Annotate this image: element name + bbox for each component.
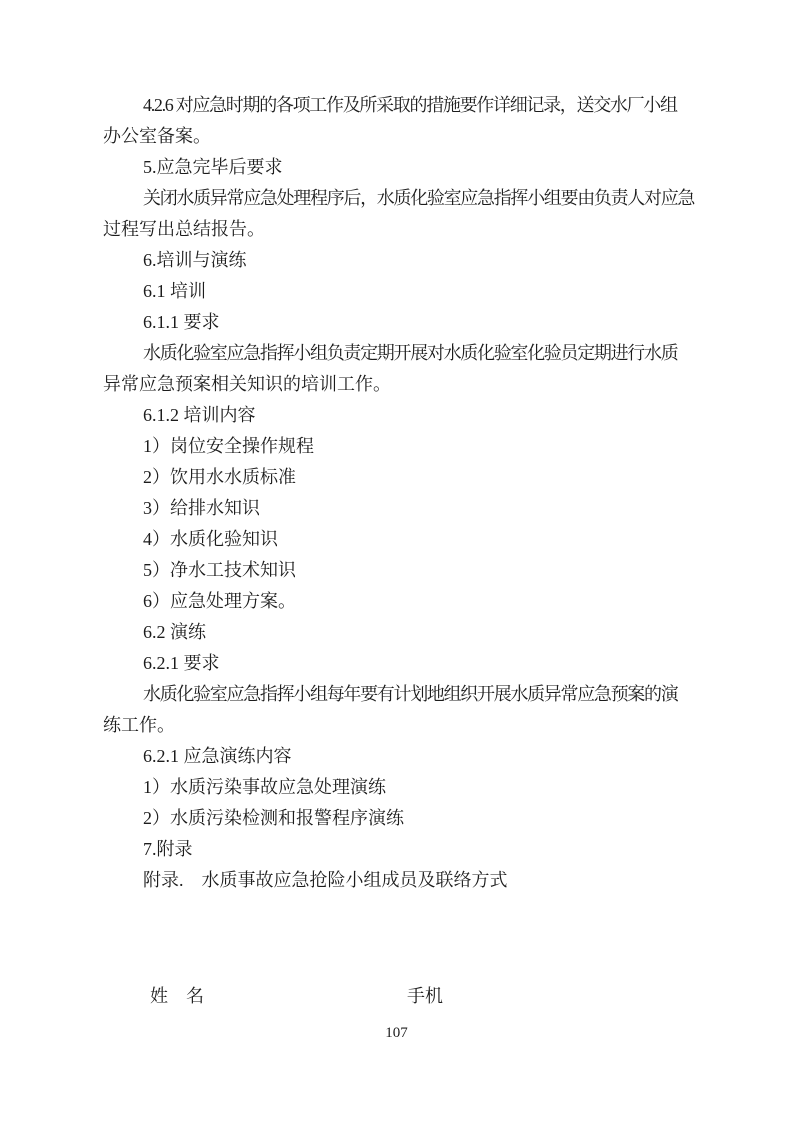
document-page: 4.2.6 对应急时期的各项工作及所采取的措施要作详细记录，送交水厂小组 办公室… xyxy=(0,0,793,1122)
appendix-table-header-row: 姓 名 手机 xyxy=(103,981,690,1012)
phone-column-header: 手机 xyxy=(407,981,443,1012)
paragraph-line: 练工作。 xyxy=(103,710,690,741)
paragraph-line: 4.2.6 对应急时期的各项工作及所采取的措施要作详细记录，送交水厂小组 xyxy=(103,90,690,121)
paragraph-line: 水质化验室应急指挥小组负责定期开展对水质化验室化验员定期进行水质 xyxy=(103,338,690,369)
list-item: 1）岗位安全操作规程 xyxy=(103,431,690,462)
paragraph-line: 过程写出总结报告。 xyxy=(103,214,690,245)
page-number: 107 xyxy=(0,1019,793,1047)
document-body: 4.2.6 对应急时期的各项工作及所采取的措施要作详细记录，送交水厂小组 办公室… xyxy=(103,90,690,896)
subsection-heading: 6.2.1 应急演练内容 xyxy=(103,741,690,772)
subsection-heading: 6.1.1 要求 xyxy=(103,307,690,338)
list-item: 2）水质污染检测和报警程序演练 xyxy=(103,803,690,834)
subsection-heading: 6.1 培训 xyxy=(103,276,690,307)
list-item: 2）饮用水水质标准 xyxy=(103,462,690,493)
section-heading: 7.附录 xyxy=(103,834,690,865)
paragraph-line: 异常应急预案相关知识的培训工作。 xyxy=(103,369,690,400)
list-item: 3）给排水知识 xyxy=(103,493,690,524)
list-item: 6）应急处理方案。 xyxy=(103,586,690,617)
list-item: 1）水质污染事故应急处理演练 xyxy=(103,772,690,803)
paragraph-line: 办公室备案。 xyxy=(103,121,690,152)
subsection-heading: 6.1.2 培训内容 xyxy=(103,400,690,431)
paragraph-line: 关闭水质异常应急处理程序后，水质化验室应急指挥小组要由负责人对应急 xyxy=(103,183,690,214)
section-heading: 5.应急完毕后要求 xyxy=(103,152,690,183)
appendix-title: 附录. 水质事故应急抢险小组成员及联络方式 xyxy=(103,865,690,896)
list-item: 4）水质化验知识 xyxy=(103,524,690,555)
list-item: 5）净水工技术知识 xyxy=(103,555,690,586)
subsection-heading: 6.2 演练 xyxy=(103,617,690,648)
name-column-header: 姓 名 xyxy=(150,981,204,1012)
section-heading: 6.培训与演练 xyxy=(103,245,690,276)
subsection-heading: 6.2.1 要求 xyxy=(103,648,690,679)
paragraph-line: 水质化验室应急指挥小组每年要有计划地组织开展水质异常应急预案的演 xyxy=(103,679,690,710)
